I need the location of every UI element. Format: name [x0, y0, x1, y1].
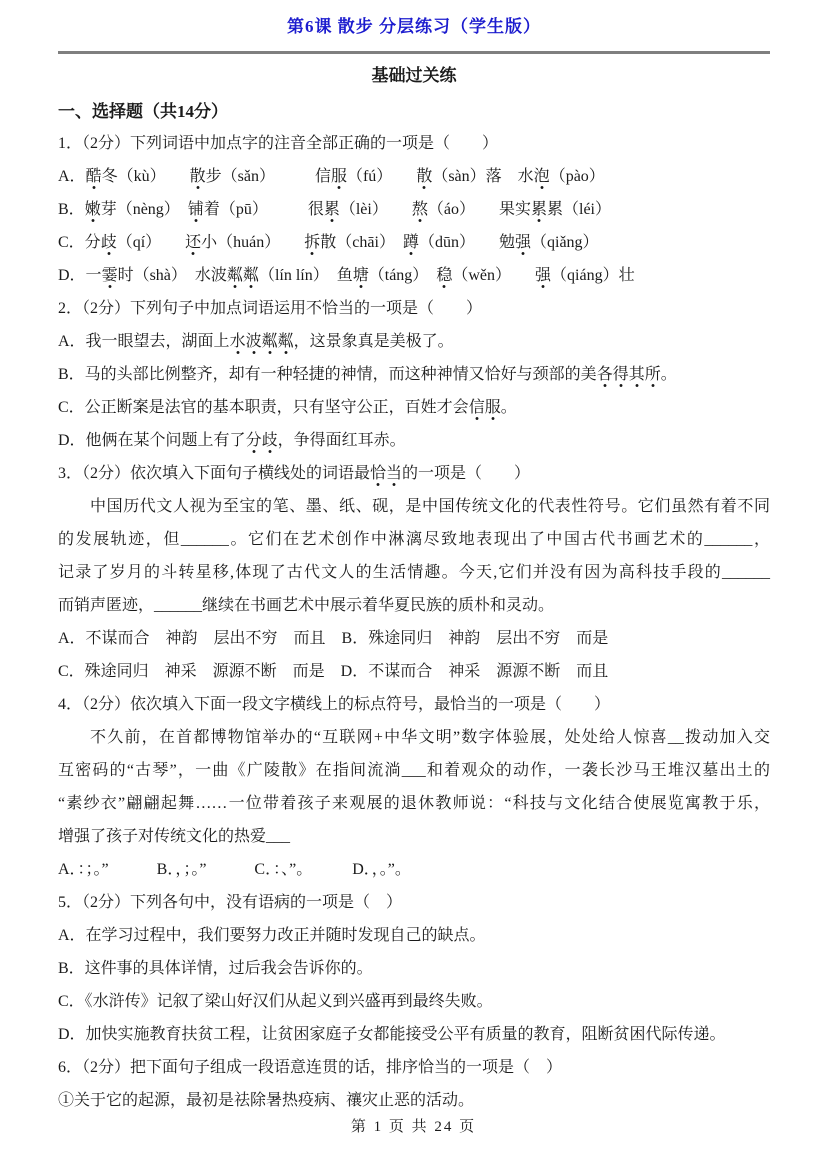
q2-option-b: B．马的头部比例整齐，却有一种轻捷的神情，而这种神情又恰好与颈部的美各得其所。: [58, 358, 770, 391]
q3-passage-line-3: 记录了岁月的斗转星移,体现了古代文人的生活情趣。今天,它们并没有因为高科技手段的…: [58, 556, 770, 589]
emphasis-dot-text: 稳: [436, 267, 452, 289]
q3-passage-line-1: 中国历代文人视为至宝的笔、墨、纸、砚，是中国传统文化的代表性符号。它们虽然有着不…: [58, 490, 770, 523]
q1-option-b: B．嫩芽（nèng） 铺着（pū） 很累（lèi） 熬（áo） 果实累累（léi…: [58, 193, 770, 226]
q4-passage-line-2: 互密码的“古琴”，一曲《广陵散》在指间流淌___和着观众的动作，一袭长沙马王堆汉…: [58, 754, 770, 787]
q1-stem: 1．（2分）下列词语中加点字的注音全部正确的一项是（ ）: [58, 127, 770, 160]
emphasis-dot-text: 水波粼粼: [230, 333, 294, 355]
emphasis-dot-text: 还: [185, 234, 201, 256]
section-heading: 基础过关练: [58, 63, 770, 89]
q3-stem: 3．（2分）依次填入下面句子横线处的词语最恰当的一项是（ ）: [58, 457, 770, 490]
q5-option-c: C．《水浒传》记叙了梁山好汉们从起义到兴盛再到最终失败。: [58, 985, 770, 1018]
emphasis-dot-text: 粼粼: [227, 267, 259, 289]
q2-stem: 2．（2分）下列句子中加点词语运用不恰当的一项是（ ）: [58, 292, 770, 325]
q5-option-b: B．这件事的具体详情，过后我会告诉你的。: [58, 952, 770, 985]
q3-passage-line-4: 而销声匿迹，______继续在书画艺术中展示着华夏民族的质朴和灵动。: [58, 589, 770, 622]
q2-option-a: A．我一眼望去，湖面上水波粼粼，这景象真是美极了。: [58, 325, 770, 358]
emphasis-dot-text: 熬: [412, 201, 428, 223]
emphasis-dot-text: 霎: [102, 267, 118, 289]
emphasis-dot-text: 酷: [86, 168, 102, 190]
emphasis-dot-text: 分歧: [246, 432, 278, 454]
emphasis-dot-text: 累: [324, 201, 340, 223]
question-6: 6．（2分）把下面句子组成一段语意连贯的话，排序恰当的一项是（ ） ①关于它的起…: [58, 1051, 770, 1117]
q4-passage-line-1: 不久前，在首都博物馆举办的“互联网+中华文明”数字体验展，处处给人惊喜__拨动加…: [58, 721, 770, 754]
document-page: 第6课 散步 分层练习（学生版） 基础过关练 一、选择题（共14分） 1．（2分…: [0, 0, 827, 1169]
question-1: 1．（2分）下列词语中加点字的注音全部正确的一项是（ ） A．酷冬（kù） 散步…: [58, 127, 770, 292]
q6-sentence-1: ①关于它的起源，最初是祛除暑热疫病、禳灾止恶的活动。: [58, 1084, 770, 1117]
q3-options-row-2: C．殊途同归 神采 源源不断 而是 D．不谋而合 神采 源源不断 而且: [58, 655, 770, 688]
emphasis-dot-text: 强: [535, 267, 551, 289]
part-heading: 一、选择题（共14分）: [58, 97, 770, 127]
q1-option-c: C．分歧（qí） 还小（huán） 拆散（chāi） 蹲（dūn） 勉强（qiǎ…: [58, 226, 770, 259]
emphasis-dot-text: 强: [515, 234, 531, 256]
emphasis-dot-text: 铺: [188, 201, 204, 223]
q5-option-a: A．在学习过程中，我们要努力改正并随时发现自己的缺点。: [58, 919, 770, 952]
title-divider: [58, 51, 770, 54]
q2-option-d: D．他俩在某个问题上有了分歧，争得面红耳赤。: [58, 424, 770, 457]
q4-passage-line-3: “素纱衣”翩翩起舞……一位带着孩子来观展的退休教师说：“科技与文化结合使展览寓教…: [58, 787, 770, 820]
emphasis-dot-text: 各得其所: [597, 366, 661, 388]
q3-options-row-1: A．不谋而合 神韵 层出不穷 而且 B．殊途同归 神韵 层出不穷 而是: [58, 622, 770, 655]
q4-stem: 4．（2分）依次填入下面一段文字横线上的标点符号，最恰当的一项是（ ）: [58, 688, 770, 721]
q6-stem: 6．（2分）把下面句子组成一段语意连贯的话，排序恰当的一项是（ ）: [58, 1051, 770, 1084]
q4-passage-line-4: 增强了孩子对传统文化的热爱___: [58, 820, 770, 853]
q1-option-d: D．一霎时（shà） 水波粼粼（lín lín） 鱼塘（táng） 稳（wěn）…: [58, 259, 770, 292]
q2-option-c: C．公正断案是法官的基本职责，只有坚守公正，百姓才会信服。: [58, 391, 770, 424]
emphasis-dot-text: 散: [416, 168, 432, 190]
emphasis-dot-text: 拆: [304, 234, 320, 256]
emphasis-dot-text: 蹲: [403, 234, 419, 256]
page-title: 第6课 散步 分层练习（学生版）: [58, 14, 770, 40]
emphasis-dot-text: 嫩: [85, 201, 101, 223]
question-3: 3．（2分）依次填入下面句子横线处的词语最恰当的一项是（ ） 中国历代文人视为至…: [58, 457, 770, 688]
q4-options-row: A．：；。” B．，；。” C．：、”。 D．，。”。: [58, 853, 770, 886]
emphasis-dot-text: 服: [331, 168, 347, 190]
emphasis-dot-text: 恰当: [370, 465, 402, 487]
emphasis-dot-text: 信服: [469, 399, 501, 421]
q3-passage-line-2: 的发展轨迹，但______。它们在艺术创作中淋漓尽致地表现出了中国古代书画艺术的…: [58, 523, 770, 556]
question-2: 2．（2分）下列句子中加点词语运用不恰当的一项是（ ） A．我一眼望去，湖面上水…: [58, 292, 770, 457]
emphasis-dot-text: 塘: [353, 267, 369, 289]
page-footer: 第 1 页 共 24 页: [0, 1114, 827, 1140]
question-4: 4．（2分）依次填入下面一段文字横线上的标点符号，最恰当的一项是（ ） 不久前，…: [58, 688, 770, 886]
emphasis-dot-text: 歧: [101, 234, 117, 256]
q1-option-a: A．酷冬（kù） 散步（sǎn） 信服（fú） 散（sàn）落 水泡（pào）: [58, 160, 770, 193]
q5-stem: 5．（2分）下列各句中，没有语病的一项是（ ）: [58, 886, 770, 919]
question-5: 5．（2分）下列各句中，没有语病的一项是（ ） A．在学习过程中，我们要努力改正…: [58, 886, 770, 1051]
q5-option-d: D．加快实施教育扶贫工程，让贫困家庭子女都能接受公平有质量的教育，阻断贫困代际传…: [58, 1018, 770, 1051]
emphasis-dot-text: 散: [190, 168, 206, 190]
emphasis-dot-text: 累: [531, 201, 547, 223]
emphasis-dot-text: 泡: [534, 168, 550, 190]
